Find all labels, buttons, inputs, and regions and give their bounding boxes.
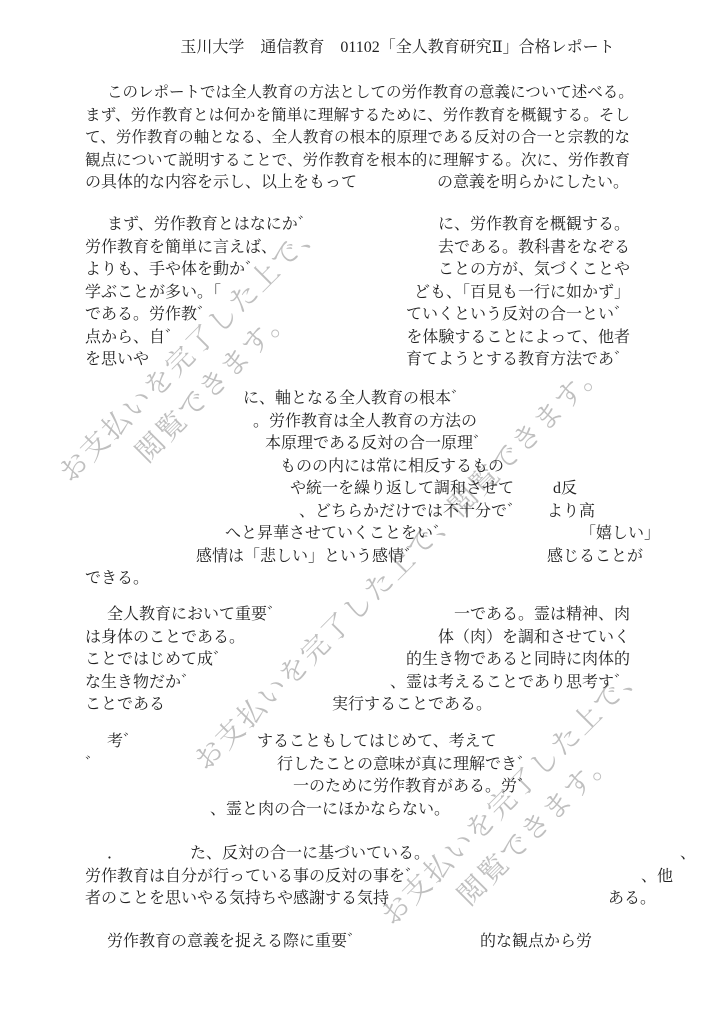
report-title: 玉川大学 通信教育 01102「全人教育研究Ⅱ」合格レポート — [85, 36, 670, 59]
text-line: よりも、手や体を動か゛ ことの方が、気づくことや — [85, 259, 630, 282]
text-fragment: より高 — [547, 501, 595, 524]
text-line: 全人教育において重要゛ 一である。霊は精神、肉 — [85, 604, 630, 627]
text-fragment: 「嬉しい」 — [580, 523, 660, 546]
text-fragment: 。労作教育は全人教育の方法の — [253, 411, 477, 434]
text-fragment: よりも、手や体を動か゛ — [85, 259, 261, 282]
text-line: 一のために労作教育がある。労゛ — [85, 776, 630, 799]
text-fragment: ども、「百見も一行に如かず」 — [414, 282, 630, 305]
text-fragment: 、霊は考えることであり思考す゛ — [390, 672, 630, 695]
text-line: 学ぶことが多い。「 ども、「百見も一行に如かず」 — [85, 282, 630, 305]
paragraph-opposites: ． た、反対の合一に基づいている。 、 労作教育は自分が行っている事の反対の事を… — [85, 843, 630, 911]
paragraph-spirit-body: 全人教育において重要゛ 一である。霊は精神、肉 は身体のことである。 体（肉）を… — [85, 604, 630, 717]
text-line: に、軸となる全人教育の根本゛ — [85, 388, 630, 411]
text-line: 点から、自゛ を体験することによって、他者 — [85, 327, 630, 350]
text-fragment: 、霊と肉の合一にほかならない。 — [210, 799, 450, 822]
text-line: や統一を繰り返して調和させて d反 — [85, 478, 630, 501]
text-fragment: 本原理である反対の合一原理゛ — [265, 433, 489, 456]
text-line: 、霊と肉の合一にほかならない。 — [85, 799, 630, 822]
text-line: は身体のことである。 体（肉）を調和させていく — [85, 627, 630, 650]
text-line: 労作教育の意義を捉える際に重要゛ 的な観点から労 — [85, 931, 630, 954]
text-fragment: や統一を繰り返して調和させて — [290, 478, 514, 501]
text-fragment: な生き物だか゛ — [85, 672, 197, 695]
text-fragment: 感情は「悲しい」という感情゛ — [196, 546, 420, 569]
text-fragment: することもしてはじめて、考えて — [257, 731, 497, 754]
text-fragment: 感じることが — [547, 546, 643, 569]
text-fragment: ものの内には常に相反するもの — [280, 456, 504, 479]
text-line: このレポートでは全人教育の方法としての労作教育の意義について述べる。 — [85, 82, 630, 105]
text-fragment: 者のことを思いやる気持ちや感謝する気持 — [85, 888, 389, 911]
text-fragment: d反 — [553, 478, 577, 501]
text-fragment: に、労作教育を概観する。 — [438, 214, 630, 237]
text-line: 本原理である反対の合一原理゛ — [85, 433, 630, 456]
paragraph-intro: このレポートでは全人教育の方法としての労作教育の意義について述べる。 まず、労作… — [85, 82, 630, 195]
text-fragment: 、どちらかだけでは不十分で゛ — [299, 501, 523, 524]
text-fragment: 労作教育の意義を捉える際に重要゛ — [107, 931, 363, 954]
text-line: 、どちらかだけでは不十分で゛ より高 — [85, 501, 630, 524]
text-fragment: できる。 — [85, 568, 149, 591]
paragraph-significance: 労作教育の意義を捉える際に重要゛ 的な観点から労 — [85, 931, 630, 954]
text-fragment: ． — [107, 843, 123, 866]
text-fragment: に、軸となる全人教育の根本゛ — [243, 388, 467, 411]
text-fragment: 労作教育は自分が行っている事の反対の事を゛ — [85, 866, 421, 889]
text-fragment: の具体的な内容を示し、以上をもって — [85, 172, 357, 195]
text-fragment: 去である。教科書をなぞる — [438, 237, 630, 260]
text-line: 観点について説明することで、労作教育を根本的に理解する。次に、労作教育 — [85, 150, 630, 173]
text-fragment: 体（肉）を調和させていく — [438, 627, 630, 650]
text-fragment: である。労作教゛ — [85, 304, 213, 327]
text-fragment: 労作教育を簡単に言えば、 — [85, 237, 277, 260]
text-fragment: まず、労作教育とはなにか゛ — [107, 214, 314, 237]
paragraph-overview: まず、労作教育とはなにか゛ に、労作教育を概観する。 労作教育を簡単に言えば、 … — [85, 214, 630, 372]
text-fragment: ていくという反対の合一とい゛ — [406, 304, 630, 327]
text-line: の具体的な内容を示し、以上をもって の意義を明らかにしたい。 — [85, 172, 630, 195]
text-line: を思いや 育てようとする教育方法であ゛ — [85, 349, 630, 372]
text-line: へと昇華させていくことをい゛ 「嬉しい」 — [85, 523, 630, 546]
text-line: 労作教育を簡単に言えば、 去である。教科書をなぞる — [85, 237, 630, 260]
text-fragment: 育てようとする教育方法であ゛ — [406, 349, 630, 372]
text-fragment: 行したことの意味が真に理解でき゛ — [277, 754, 533, 777]
text-line: ことではじめて成゛ 的生き物であると同時に肉体的 — [85, 649, 630, 672]
text-line: 者のことを思いやる気持ちや感謝する気持 ある。 — [85, 888, 630, 911]
text-fragment: ことの方が、気づくことや — [438, 259, 630, 282]
text-fragment: 、他 — [641, 866, 673, 889]
text-fragment: を体験することによって、他者 — [406, 327, 630, 350]
text-line: て、労作教育の軸となる、全人教育の根本的原理である反対の合一と宗教的な — [85, 127, 630, 150]
text-fragment: 点から、自゛ — [85, 327, 181, 350]
text-fragment: の意義を明らかにしたい。 — [437, 172, 629, 195]
text-fragment: ある。 — [608, 888, 656, 911]
text-fragment: 全人教育において重要゛ — [107, 604, 283, 627]
text-fragment: 一である。霊は精神、肉 — [454, 604, 630, 627]
text-fragment: 、 — [680, 843, 696, 866]
text-line: 労作教育は自分が行っている事の反対の事を゛ 、他 — [85, 866, 630, 889]
text-fragment: は身体のことである。 — [85, 627, 245, 650]
text-line: ものの内には常に相反するもの — [85, 456, 630, 479]
text-line: 。労作教育は全人教育の方法の — [85, 411, 630, 434]
text-fragment: 実行することである。 — [332, 694, 492, 717]
text-fragment: 考゛ — [107, 731, 139, 754]
text-line: 考゛ することもしてはじめて、考えて — [85, 731, 630, 754]
paragraph-principle: に、軸となる全人教育の根本゛ 。労作教育は全人教育の方法の 本原理である反対の合… — [85, 388, 630, 591]
text-fragment: ことである — [85, 694, 165, 717]
text-line: できる。 — [85, 568, 630, 591]
text-line: まず、労作教育とは何かを簡単に理解するために、労作教育を概観する。そし — [85, 105, 630, 128]
text-fragment: 的生き物であると同時に肉体的 — [406, 649, 630, 672]
text-fragment: 学ぶことが多い。「 — [85, 282, 221, 305]
text-line: ． た、反対の合一に基づいている。 、 — [85, 843, 630, 866]
text-fragment: ことではじめて成゛ — [85, 649, 229, 672]
text-fragment: 的な観点から労 — [480, 931, 592, 954]
text-fragment: た、反対の合一に基づいている。 — [190, 843, 430, 866]
text-fragment: へと昇華させていくことをい゛ — [225, 523, 449, 546]
text-fragment: 一のために労作教育がある。労゛ — [293, 776, 533, 799]
text-line: ゛ 行したことの意味が真に理解でき゛ — [85, 754, 630, 777]
scanned-report-page: お支払いを完了した上で、 閲覧できます。 お支払いを完了した上で、閲覧できます。… — [0, 0, 724, 1024]
text-line: まず、労作教育とはなにか゛ に、労作教育を概観する。 — [85, 214, 630, 237]
text-line: である。労作教゛ ていくという反対の合一とい゛ — [85, 304, 630, 327]
text-line: ことである 実行することである。 — [85, 694, 630, 717]
text-line: な生き物だか゛ 、霊は考えることであり思考す゛ — [85, 672, 630, 695]
text-line: 感情は「悲しい」という感情゛ 感じることが — [85, 546, 630, 569]
paragraph-thinking: 考゛ することもしてはじめて、考えて ゛ 行したことの意味が真に理解でき゛ 一の… — [85, 731, 630, 821]
text-fragment: を思いや — [85, 349, 149, 372]
text-fragment: ゛ — [85, 754, 101, 777]
